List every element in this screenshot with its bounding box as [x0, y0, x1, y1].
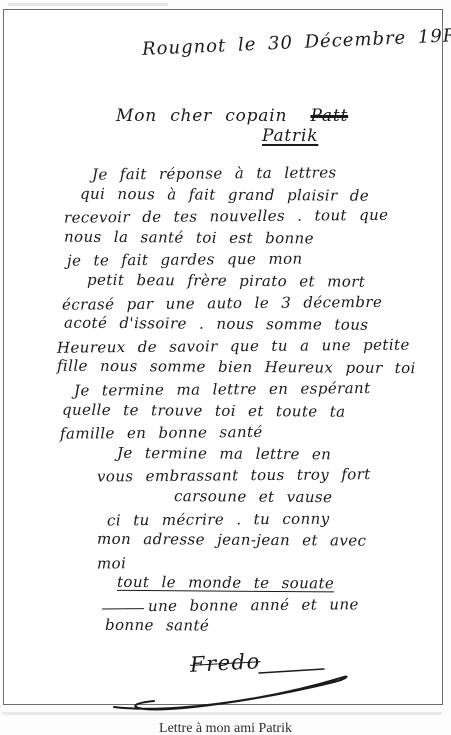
letter-line: ci tu mécrire . tu conny: [107, 507, 444, 532]
letter-line: Je fait réponse à ta lettres: [92, 161, 444, 186]
letter-line: vous embrassant tous troy fort: [97, 464, 444, 489]
letter-frame: Rougnot le 30 Décembre 19R Mon cher copa…: [3, 9, 443, 705]
letter-line-text: une bonne anné et une: [148, 595, 359, 615]
letter-line: petit beau frère pirato et mort: [87, 270, 444, 294]
scan-artifact: [8, 3, 168, 6]
letter-line: recevoir de tes nouvelles . tout que: [64, 205, 444, 230]
salutation-text: Mon cher copain: [116, 106, 287, 126]
letter-salutation: Mon cher copain Patt Patrik: [116, 106, 348, 126]
underline-dash: [102, 606, 144, 609]
letter-line: Je termine ma lettre en espérant: [74, 377, 444, 402]
letter-line: je te fait gardes que mon: [67, 248, 444, 273]
signature-flourish: [109, 665, 359, 715]
letter-line: fille nous somme bien Heureux pour toi: [57, 356, 444, 380]
letter-line-underlined: tout le monde te souate: [117, 572, 444, 596]
scanned-letter-page: Rougnot le 30 Décembre 19R Mon cher copa…: [0, 0, 451, 735]
letter-dateline: Rougnot le 30 Décembre 19R: [142, 25, 451, 60]
recipient-name: Patrik: [262, 126, 318, 146]
letter-line: bonne santé: [105, 615, 444, 639]
photo-caption: Lettre à mon ami Patrik: [0, 721, 451, 735]
letter-line: mon adresse jean-jean et avec: [97, 529, 444, 553]
crossed-out-name: Patt: [310, 106, 348, 126]
letter-line: quelle te trouve toi et toute ta: [62, 399, 444, 423]
letter-line: carsoune et vause: [174, 486, 444, 509]
letter-line: famille en bonne santé: [60, 420, 444, 445]
letter-line: Je termine ma lettre en: [117, 443, 444, 467]
letter-line: acoté d'issoire . nous somme tous: [64, 313, 444, 337]
letter-body: Je fait réponse à ta lettres qui nous à …: [4, 163, 444, 638]
